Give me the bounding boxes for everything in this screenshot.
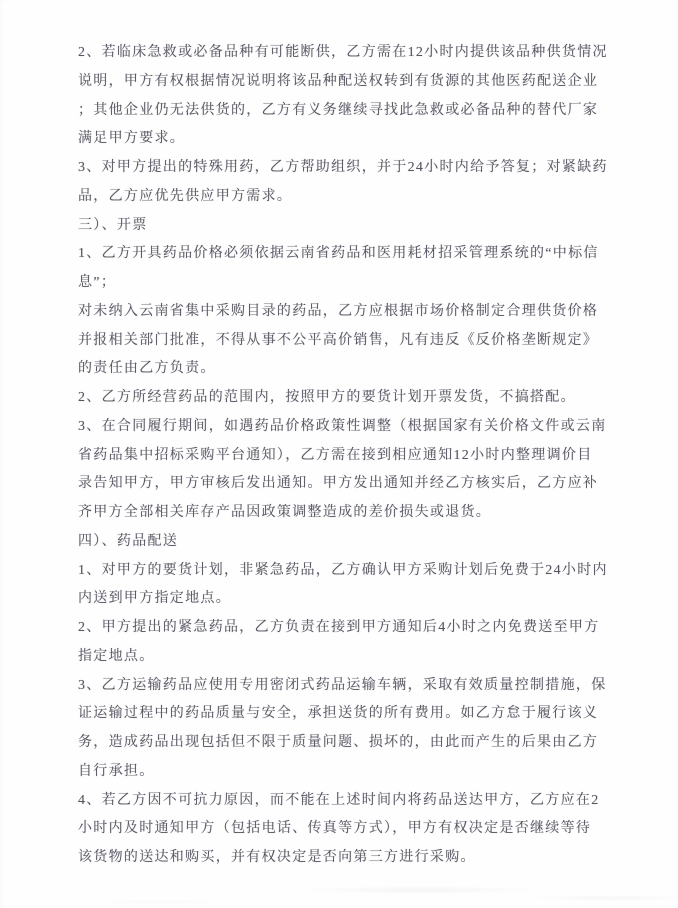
text-line: ；其他企业仍无法供货的，乙方有义务继续寻找此急救或必备品种的替代厂家 xyxy=(78,97,623,126)
paragraph-invoicing-item-3: 3、在合同履行期间，如遇药品价格政策性调整（根据国家有关价格文件或云南省药品集中… xyxy=(78,413,623,528)
text-line: 三）、开票 xyxy=(78,212,623,241)
text-line: 自行承担。 xyxy=(78,758,623,787)
paragraph-invoicing-item-2: 2、乙方所经营药品的范围内，按照甲方的要货计划开票发货，不搞搭配。 xyxy=(78,384,623,413)
paragraph-delivery-item-3: 3、乙方运输药品应使用专用密闭式药品运输车辆，采取有效质量控制措施，保证运输过程… xyxy=(78,672,623,787)
paragraph-delivery-item-2: 2、甲方提出的紧急药品，乙方负责在接到甲方通知后4小时之内免费送至甲方指定地点。 xyxy=(78,614,623,672)
text-line: 证运输过程中的药品质量与安全，承担送货的所有费用。如乙方怠于履行该义 xyxy=(78,700,623,729)
paragraph-heading-section-3-invoicing: 三）、开票 xyxy=(78,212,623,241)
text-line: 录告知甲方，甲方审核后发出通知。甲方发出通知并经乙方核实后，乙方应补 xyxy=(78,470,623,499)
text-line: 满足甲方要求。 xyxy=(78,125,623,154)
text-line: 1、乙方开具药品价格必须依据云南省药品和医用耗材招采管理系统的“中标信 xyxy=(78,240,623,269)
scan-noise-artifact xyxy=(0,868,678,908)
text-line: 省药品集中招标采购平台通知），乙方需在接到相应通知12小时内整理调价目 xyxy=(78,442,623,471)
paragraph-invoicing-item-1-continued: 对未纳入云南省集中采购目录的药品，乙方应根据市场价格制定合理供货价格并报相关部门… xyxy=(78,298,623,384)
text-line: 品，乙方应优先供应甲方需求。 xyxy=(78,183,623,212)
text-line: 四）、药品配送 xyxy=(78,528,623,557)
text-line: 对未纳入云南省集中采购目录的药品，乙方应根据市场价格制定合理供货价格 xyxy=(78,298,623,327)
text-line: 2、甲方提出的紧急药品，乙方负责在接到甲方通知后4小时之内免费送至甲方 xyxy=(78,614,623,643)
paragraph-delivery-item-1: 1、对甲方的要货计划，非紧急药品，乙方确认甲方采购计划后免费于24小时内内送到甲… xyxy=(78,557,623,615)
text-line: 息”； xyxy=(78,269,623,298)
text-line: 该货物的送达和购买，并有权决定是否向第三方进行采购。 xyxy=(78,844,623,873)
paragraph-supply-item-2: 2、若临床急救或必备品种有可能断供，乙方需在12小时内提供该品种供货情况说明，甲… xyxy=(78,39,623,154)
text-line: 4、若乙方因不可抗力原因，而不能在上述时间内将药品送达甲方，乙方应在2 xyxy=(78,787,623,816)
text-line: 并报相关部门批准，不得从事不公平高价销售，凡有违反《反价格垄断规定》 xyxy=(78,327,623,356)
paragraph-delivery-item-4: 4、若乙方因不可抗力原因，而不能在上述时间内将药品送达甲方，乙方应在2小时内及时… xyxy=(78,787,623,873)
paragraph-heading-section-4-delivery: 四）、药品配送 xyxy=(78,528,623,557)
text-line: 3、对甲方提出的特殊用药，乙方帮助组织，并于24小时内给予答复；对紧缺药 xyxy=(78,154,623,183)
text-line: 2、乙方所经营药品的范围内，按照甲方的要货计划开票发货，不搞搭配。 xyxy=(78,384,623,413)
text-line: 2、若临床急救或必备品种有可能断供，乙方需在12小时内提供该品种供货情况 xyxy=(78,39,623,68)
text-line: 内送到甲方指定地点。 xyxy=(78,585,623,614)
text-line: 3、在合同履行期间，如遇药品价格政策性调整（根据国家有关价格文件或云南 xyxy=(78,413,623,442)
text-line: 指定地点。 xyxy=(78,643,623,672)
text-line: 齐甲方全部相关库存产品因政策调整造成的差价损失或退货。 xyxy=(78,499,623,528)
text-line: 1、对甲方的要货计划，非紧急药品，乙方确认甲方采购计划后免费于24小时内 xyxy=(78,557,623,586)
document-page: 2、若临床急救或必备品种有可能断供，乙方需在12小时内提供该品种供货情况说明，甲… xyxy=(0,0,678,908)
text-line: 小时内及时通知甲方（包括电话、传真等方式），甲方有权决定是否继续等待 xyxy=(78,815,623,844)
text-line: 3、乙方运输药品应使用专用密闭式药品运输车辆，采取有效质量控制措施，保 xyxy=(78,672,623,701)
text-line: 务，造成药品出现包括但不限于质量问题、损坏的，由此而产生的后果由乙方 xyxy=(78,729,623,758)
paragraph-supply-item-3: 3、对甲方提出的特殊用药，乙方帮助组织，并于24小时内给予答复；对紧缺药品，乙方… xyxy=(78,154,623,212)
contract-text-block: 2、若临床急救或必备品种有可能断供，乙方需在12小时内提供该品种供货情况说明，甲… xyxy=(78,39,623,873)
paragraph-invoicing-item-1: 1、乙方开具药品价格必须依据云南省药品和医用耗材招采管理系统的“中标信息”； xyxy=(78,240,623,298)
text-line: 的责任由乙方负责。 xyxy=(78,355,623,384)
text-line: 说明，甲方有权根据情况说明将该品种配送权转到有货源的其他医药配送企业 xyxy=(78,68,623,97)
